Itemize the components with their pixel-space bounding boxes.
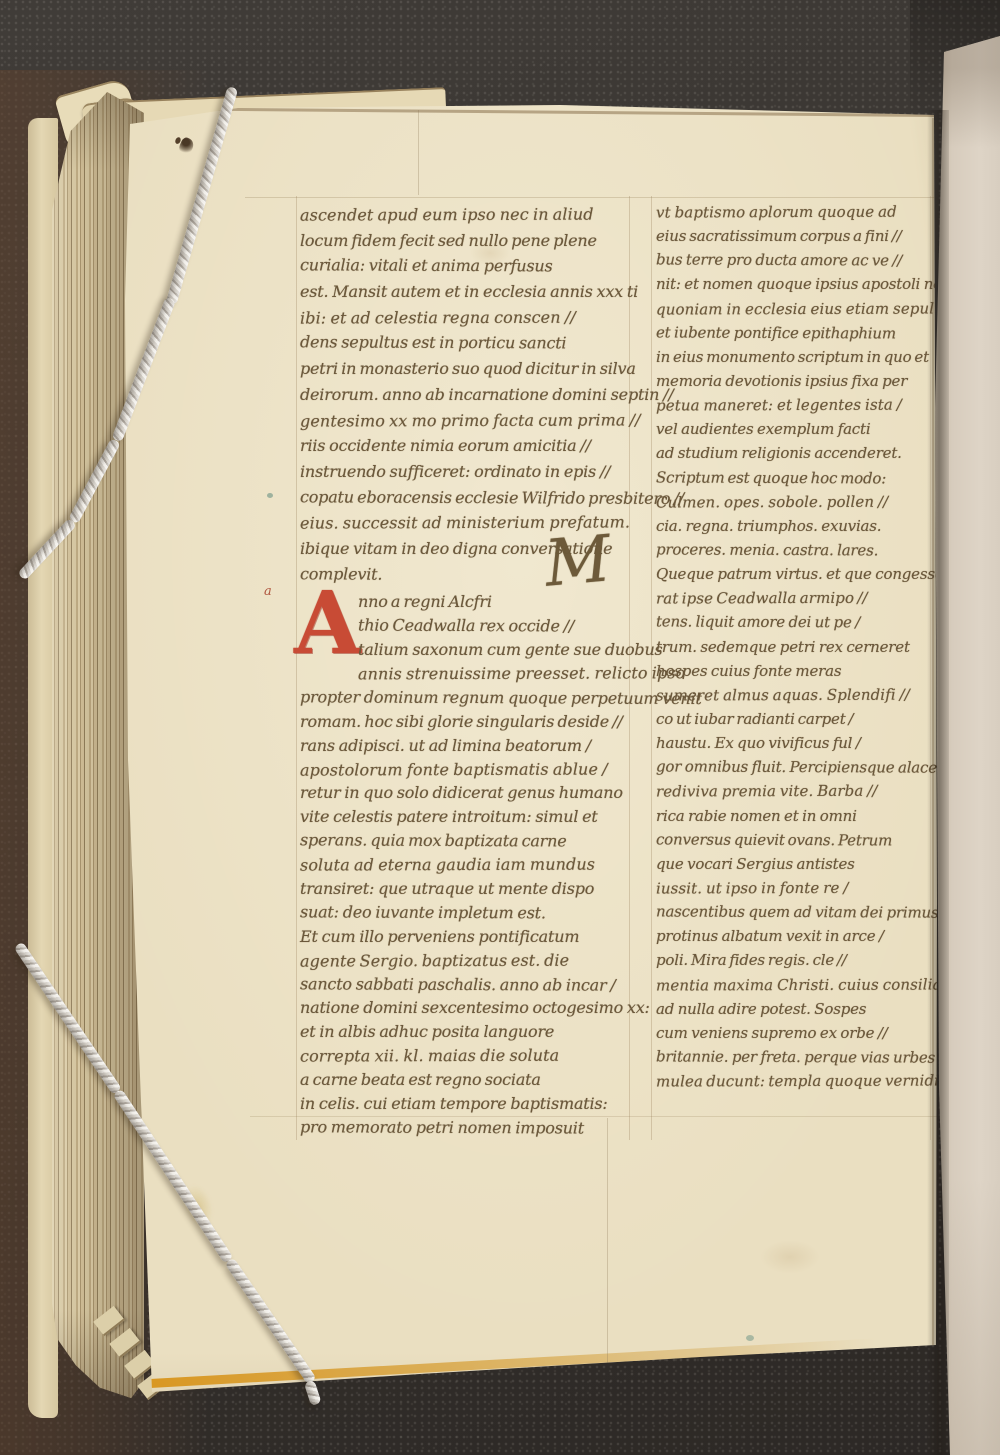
manuscript-text-line: et iubente pontifice epithaphium: [656, 320, 932, 345]
left-column-paragraph-2: A nno a regni Alcfrithio Ceadwalla rex o…: [300, 590, 630, 1139]
manuscript-text-line: sperans. quia mox baptizata carne: [300, 828, 630, 853]
facing-page-text-line: filios regis. quos: [981, 340, 1000, 604]
manuscript-text-line: mentia maxima Christi. cuius consilia /: [656, 972, 932, 997]
manuscript-text-line: et in albis adhuc posita languore: [300, 1020, 630, 1044]
manuscript-text-line: curialia: vitali et anima perfusus: [300, 253, 630, 280]
manuscript-text-line: annis strenuissime preesset. relicto ips…: [300, 661, 630, 686]
manuscript-text-line: rica rabie nomen et in omni: [656, 804, 932, 828]
page-crease: [418, 110, 419, 195]
manuscript-text-line: haustu. Ex quo vivificus ful /: [656, 731, 932, 755]
manuscript-text-line: romam. hoc sibi glorie singularis deside…: [300, 710, 630, 734]
manuscript-text-line: Culmen. opes. sobole. pollen //: [656, 489, 932, 514]
right-text-column: vt baptismo aplorum quoque adeius sacrat…: [656, 200, 932, 1093]
manuscript-text-line: vite celestis patere introitum: simul et: [300, 805, 630, 829]
manuscript-text-line: riis occidente nimia eorum amicitia //: [300, 433, 630, 459]
manuscript-text-line: deirorum. anno ab incarnatione domini se…: [300, 382, 630, 408]
page-top-edge: [130, 107, 936, 117]
manuscript-text-line: sancto sabbati paschalis. anno ab incar …: [300, 972, 630, 997]
manuscript-text-line: conversus quievit ovans. Petrum: [656, 827, 932, 852]
manuscript-text-line: nit: et nomen quoque ipsius apostoli nob…: [656, 272, 932, 296]
manuscript-text-line: hospes cuius fonte meras: [656, 659, 932, 683]
manuscript-text-line: Queque patrum virtus. et que congesse //: [656, 562, 932, 586]
manuscript-text-line: cia. regna. triumphos. exuvias.: [656, 514, 932, 538]
manuscript-text-line: bus terre pro ducta amore ac ve //: [656, 248, 932, 273]
manuscript-text-line: ibi: et ad celestia regna conscen //: [300, 304, 630, 331]
manuscript-text-line: petua maneret: et legentes ista /: [656, 393, 932, 418]
guide-letter: a: [264, 584, 272, 599]
paragraph-end-flourish: M: [542, 527, 613, 596]
manuscript-text-line: dens sepultus est in porticu sancti: [300, 330, 630, 357]
manuscript-text-line: petri in monasterio suo quod dicitur in …: [300, 356, 630, 382]
manuscript-text-line: rans adipisci. ut ad limina beatorum /: [300, 734, 630, 758]
manuscript-text-line: est. Mansit autem et in ecclesia annis x…: [300, 279, 630, 305]
manuscript-text-line: instruendo sufficeret: ordinato in epis …: [300, 459, 630, 485]
manuscript-text-line: tens. liquit amore dei ut pe /: [656, 610, 932, 635]
manuscript-text-line: pro memorato petri nomen imposuit: [300, 1115, 630, 1140]
manuscript-text-line: protinus albatum vexit in arce /: [656, 924, 932, 948]
facing-page-text-line: isto. et ecclesiam: [949, 292, 1000, 556]
manuscript-text-line: proceres. menia. castra. lares.: [656, 537, 932, 562]
manuscript-text-line: retur in quo solo didicerat genus humano: [300, 781, 630, 805]
manuscript-text-line: apostolorum fonte baptismatis ablue /: [300, 757, 630, 782]
foxing-spot: [760, 1240, 820, 1274]
pigment-fleck: [746, 1335, 754, 1341]
manuscript-photo: pm gestis andotue ipsum quodse nullis. e…: [0, 0, 1000, 1455]
manuscript-text-line: locum fidem fecit sed nullo pene plene: [300, 228, 630, 254]
manuscript-text-line: rat ipse Ceadwalla armipo //: [656, 586, 932, 611]
facing-page-text-line: cum in regno suo: [965, 316, 1000, 580]
page-bottom-edge-stain: [150, 1335, 939, 1388]
manuscript-text-line: iussit. ut ipso in fonte re /: [656, 875, 932, 900]
manuscript-text-line: gor omnibus fluit. Percipiensque alacer: [656, 755, 932, 780]
manuscript-text-line: vt baptismo aplorum quoque ad: [656, 200, 932, 225]
manuscript-text-line: copatu eboracensis ecclesie Wilfrido pre…: [300, 484, 630, 511]
manuscript-text-line: soluta ad eterna gaudia iam mundus: [300, 853, 630, 878]
manuscript-text-line: co ut iubar radianti carpet /: [656, 707, 932, 731]
manuscript-text-line: in celis. cui etiam tempore baptismatis:: [300, 1092, 630, 1116]
left-text-column: ascendet apud eum ipso nec in aliudlocum…: [300, 202, 630, 1140]
manuscript-text-line: vel audientes exemplum facti: [656, 417, 932, 441]
manuscript-text-line: ascendet apud eum ipso nec in aliud: [300, 201, 630, 228]
manuscript-text-line: a carne beata est regno sociata: [300, 1068, 630, 1092]
manuscript-text-line: memoria devotionis ipsius fixa per: [656, 369, 932, 393]
manuscript-text-line: ad studium religionis accenderet.: [656, 441, 932, 465]
gutter-shadow: [927, 110, 949, 1455]
manuscript-text-line: ad nulla adire potest. Sospes: [656, 997, 932, 1021]
manuscript-text-line: Scriptum est quoque hoc modo:: [656, 465, 932, 490]
bookmark-cord-tip: [304, 1380, 322, 1406]
manuscript-text-line: nascentibus quem ad vitam dei primus: [656, 899, 932, 924]
page-crease: [607, 1118, 608, 1368]
manuscript-text-line: transiret: que utraque ut mente dispo: [300, 877, 630, 901]
manuscript-text-line: suat: deo iuvante impletum est.: [300, 900, 630, 925]
manuscript-text-line: thio Ceadwalla rex occide //: [300, 613, 630, 638]
manuscript-text-line: que vocari Sergius antistes: [656, 852, 932, 876]
manuscript-text-line: in eius monumento scriptum in quo et: [656, 345, 932, 369]
manuscript-page: ascendet apud eum ipso nec in aliudlocum…: [0, 0, 1000, 1455]
manuscript-text-line: correpta xii. kl. maias die soluta: [300, 1044, 630, 1069]
manuscript-text-line: cum veniens supremo ex orbe //: [656, 1021, 932, 1045]
ruling-line: [245, 197, 950, 198]
manuscript-text-line: rediviva premia vite. Barba //: [656, 779, 932, 804]
manuscript-text-line: quoniam in ecclesia eius etiam sepulta e…: [656, 296, 932, 321]
manuscript-text-line: sumeret almus aquas. Splendifi //: [656, 682, 932, 707]
pigment-fleck: [267, 493, 273, 498]
manuscript-text-line: agente Sergio. baptizatus est. die: [300, 948, 630, 973]
manuscript-text-line: natione domini sexcentesimo octogesimo x…: [300, 996, 630, 1020]
manuscript-text-line: gentesimo xx mo primo facta cum prima //: [300, 407, 630, 434]
manuscript-text-line: poli. Mira fides regis. cle //: [656, 948, 932, 972]
manuscript-text-line: trum. sedemque petri rex cerneret: [656, 635, 932, 659]
ink-stain: [177, 136, 195, 156]
foxing-spot: [470, 240, 510, 266]
manuscript-text-line: mulea ducunt: templa quoque vernidis: [656, 1069, 932, 1094]
manuscript-text-line: britannie. per freta. perque vias urbes …: [656, 1044, 932, 1069]
manuscript-text-line: propter dominum regnum quoque perpetuum …: [300, 685, 630, 710]
manuscript-text-line: eius sacratissimum corpus a fini //: [656, 224, 932, 248]
manuscript-text-line: Et cum illo perveniens pontificatum: [300, 925, 630, 949]
